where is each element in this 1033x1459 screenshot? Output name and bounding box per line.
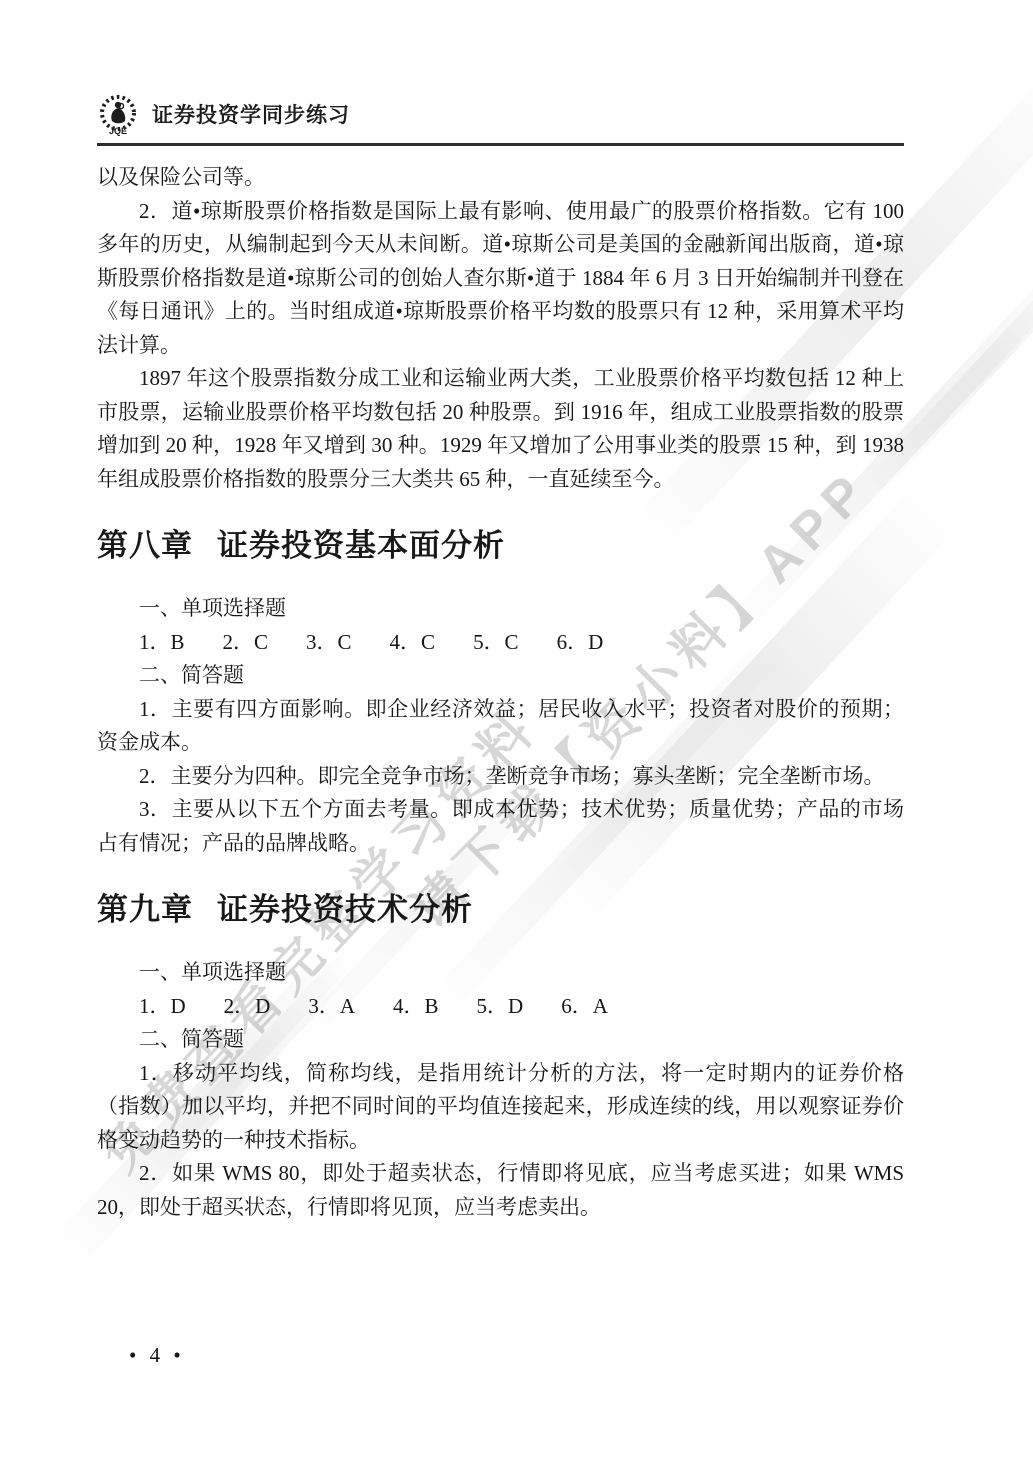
answer-item: 6．A [561, 990, 608, 1024]
paragraph: 2．道•琼斯股票价格指数是国际上最有影响、使用最广的股票价格指数。它有 100 … [97, 195, 904, 363]
answer-item: 4．B [393, 990, 439, 1024]
chapter-9-label: 第九章 [97, 892, 193, 927]
section-label: 二、简答题 [97, 1023, 904, 1057]
answer-paragraph: 2．如果 WMS 80，即处于超卖状态，行情即将见底，应当考虑买进；如果 WMS… [97, 1157, 904, 1224]
publisher-logo-icon: JQE [97, 92, 139, 136]
answer-paragraph: 2．主要分为四种。即完全竞争市场；垄断竞争市场；寡头垄断；完全垄断市场。 [97, 760, 904, 794]
paragraph: 1897 年这个股票指数分成工业和运输业两大类，工业股票价格平均数包括 12 种… [97, 362, 904, 496]
answer-item: 4．C [390, 626, 436, 660]
answer-item: 5．D [477, 990, 524, 1024]
svg-text:JQE: JQE [109, 126, 127, 136]
section-label: 一、单项选择题 [97, 592, 904, 626]
answer-item: 2．C [223, 626, 269, 660]
chapter-9-title: 证券投资技术分析 [217, 892, 473, 927]
chapter-8-label: 第八章 [97, 528, 193, 563]
answer-paragraph: 1．移动平均线，简称均线，是指用统计分析的方法，将一定时期内的证券价格（指数）加… [97, 1057, 904, 1158]
answer-item: 1．D [139, 990, 186, 1024]
answer-row: 1．B2．C3．C4．C5．C6．D [97, 626, 904, 660]
page-header: JQE 证券投资学同步练习 [97, 92, 904, 136]
answer-item: 3．C [306, 626, 352, 660]
chapter-9-heading: 第九章证券投资技术分析 [97, 887, 904, 933]
chapter-8-title: 证券投资基本面分析 [217, 528, 505, 563]
section-label: 二、简答题 [97, 659, 904, 693]
header-title: 证券投资学同步练习 [152, 99, 350, 129]
paragraph-continuation: 以及保险公司等。 [97, 161, 904, 195]
page-number: • 4 • [129, 1343, 185, 1368]
content-column: JQE 证券投资学同步练习 以及保险公司等。 2．道•琼斯股票价格指数是国际上最… [97, 0, 904, 1224]
answer-item: 1．B [139, 626, 185, 660]
document-page: 免费查看完整学习资料 请下载【资小料】APP JQE 证券投资学同步练习 以及保… [0, 0, 1033, 1459]
section-label: 一、单项选择题 [97, 956, 904, 990]
answer-item: 6．D [557, 626, 604, 660]
page-body: 以及保险公司等。 2．道•琼斯股票价格指数是国际上最有影响、使用最广的股票价格指… [97, 161, 904, 1224]
answer-paragraph: 3．主要从以下五个方面去考量。即成本优势；技术优势；质量优势；产品的市场占有情况… [97, 793, 904, 860]
answer-item: 5．C [473, 626, 519, 660]
answer-paragraph: 1．主要有四方面影响。即企业经济效益；居民收入水平；投资者对股价的预期；资金成本… [97, 693, 904, 760]
answer-item: 2．D [224, 990, 271, 1024]
chapter-8-heading: 第八章证券投资基本面分析 [97, 523, 904, 569]
answer-item: 3．A [308, 990, 355, 1024]
answer-row: 1．D2．D3．A4．B5．D6．A [97, 990, 904, 1024]
header-rule [97, 143, 904, 146]
